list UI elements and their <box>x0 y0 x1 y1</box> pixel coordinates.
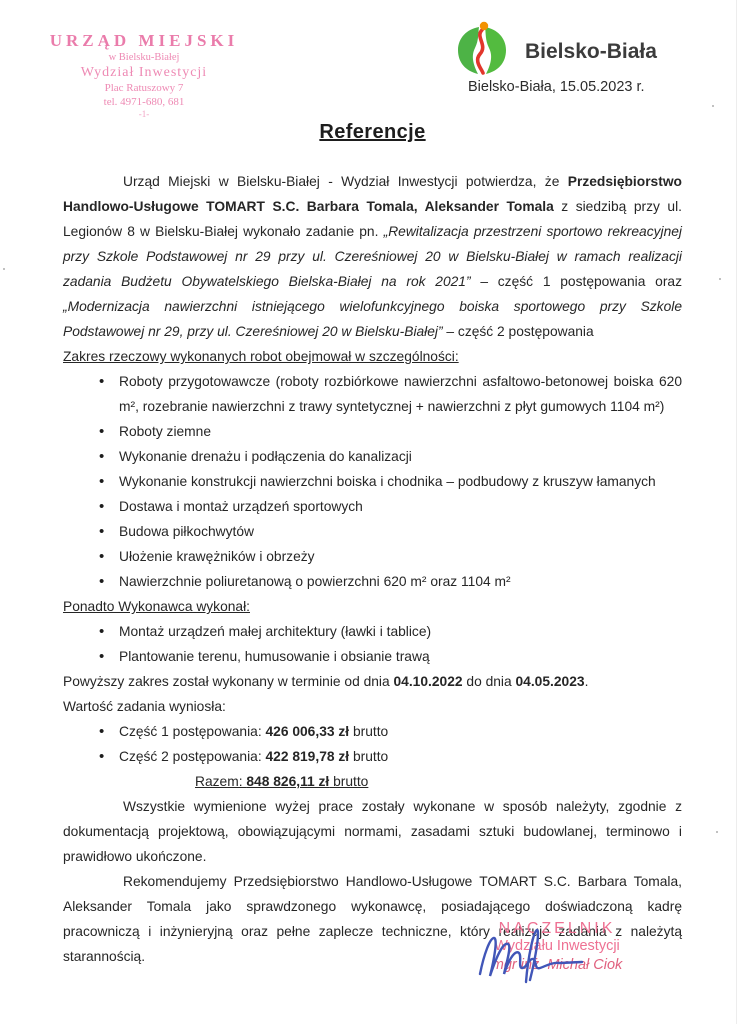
scope-list: Roboty przygotowawcze (roboty rozbiórkow… <box>63 369 682 594</box>
value-list: Część 1 postępowania: 426 006,33 zł brut… <box>63 719 682 769</box>
intro-text: – część 1 postępowania oraz <box>471 274 682 289</box>
brand-name: Bielsko-Biała <box>525 40 657 64</box>
list-item: Roboty przygotowawcze (roboty rozbiórkow… <box>63 369 682 419</box>
stamp-city: w Bielsku-Białej <box>26 51 262 64</box>
document-body: Referencje Urząd Miejski w Bielsku-Białe… <box>63 114 682 969</box>
list-item: Dostawa i montaż urządzeń sportowych <box>63 494 682 519</box>
list-item: Wykonanie drenażu i podłączenia do kanal… <box>63 444 682 469</box>
additional-heading: Ponadto Wykonawca wykonał: <box>63 594 682 619</box>
part2-amount: 422 819,78 zł <box>265 749 349 764</box>
timeline-line: Powyższy zakres został wykonany w termin… <box>63 669 682 694</box>
closing-paragraph-1: Wszystkie wymienione wyżej prace zostały… <box>63 794 682 869</box>
scan-artifact <box>712 105 714 107</box>
total-line: Razem: 848 826,11 zł brutto <box>195 769 682 794</box>
intro-paragraph: Urząd Miejski w Bielsku-Białej - Wydział… <box>63 169 682 344</box>
part1-amount: 426 006,33 zł <box>265 724 349 739</box>
scan-artifact <box>3 268 5 270</box>
intro-text: – część 2 postępowania <box>443 324 594 339</box>
start-date: 04.10.2022 <box>394 674 463 689</box>
value-heading: Wartość zadania wyniosła: <box>63 694 682 719</box>
intro-text: Urząd Miejski w Bielsku-Białej - Wydział… <box>123 174 568 189</box>
scan-edge-line <box>736 0 737 1024</box>
document-title: Referencje <box>63 120 682 145</box>
signer-department: Wydziału Inwestycji <box>452 938 662 955</box>
list-item: Ułożenie krawężników i obrzeży <box>63 544 682 569</box>
city-brand: Bielsko-Biała <box>454 20 657 83</box>
document-page: URZĄD MIEJSKI w Bielsku-Białej Wydział I… <box>0 0 744 1024</box>
list-item: Wykonanie konstrukcji nawierzchni boiska… <box>63 469 682 494</box>
signature-block: NACZELNIK Wydziału Inwestycji mgr inż. M… <box>452 920 662 973</box>
bielsko-biala-logo-icon <box>454 20 510 83</box>
list-item: Plantowanie terenu, humusowanie i obsian… <box>63 644 682 669</box>
list-item: Roboty ziemne <box>63 419 682 444</box>
stamp-office-name: URZĄD MIEJSKI <box>26 30 262 51</box>
value-part-1: Część 1 postępowania: 426 006,33 zł brut… <box>63 719 682 744</box>
additional-list: Montaż urządzeń małej architektury (ławk… <box>63 619 682 669</box>
list-item: Montaż urządzeń małej architektury (ławk… <box>63 619 682 644</box>
scan-artifact <box>719 278 721 280</box>
list-item: Budowa piłkochwytów <box>63 519 682 544</box>
signer-name: mgr inż. Michał Ciok <box>452 957 662 973</box>
document-date: Bielsko-Biała, 15.05.2023 r. <box>468 79 645 95</box>
stamp-address: Plac Ratuszowy 7 <box>26 82 262 96</box>
end-date: 04.05.2023 <box>516 674 585 689</box>
value-part-2: Część 2 postępowania: 422 819,78 zł brut… <box>63 744 682 769</box>
office-ink-stamp: URZĄD MIEJSKI w Bielsku-Białej Wydział I… <box>26 30 262 121</box>
list-item: Nawierzchnie poliuretanową o powierzchni… <box>63 569 682 594</box>
signer-title: NACZELNIK <box>452 920 662 938</box>
stamp-department: Wydział Inwestycji <box>26 64 262 82</box>
scope-heading: Zakres rzeczowy wykonanych robot obejmow… <box>63 344 682 369</box>
stamp-phone: tel. 4971-680, 681 <box>26 96 262 110</box>
total-amount: 848 826,11 zł <box>246 774 329 789</box>
scan-artifact <box>716 831 718 833</box>
